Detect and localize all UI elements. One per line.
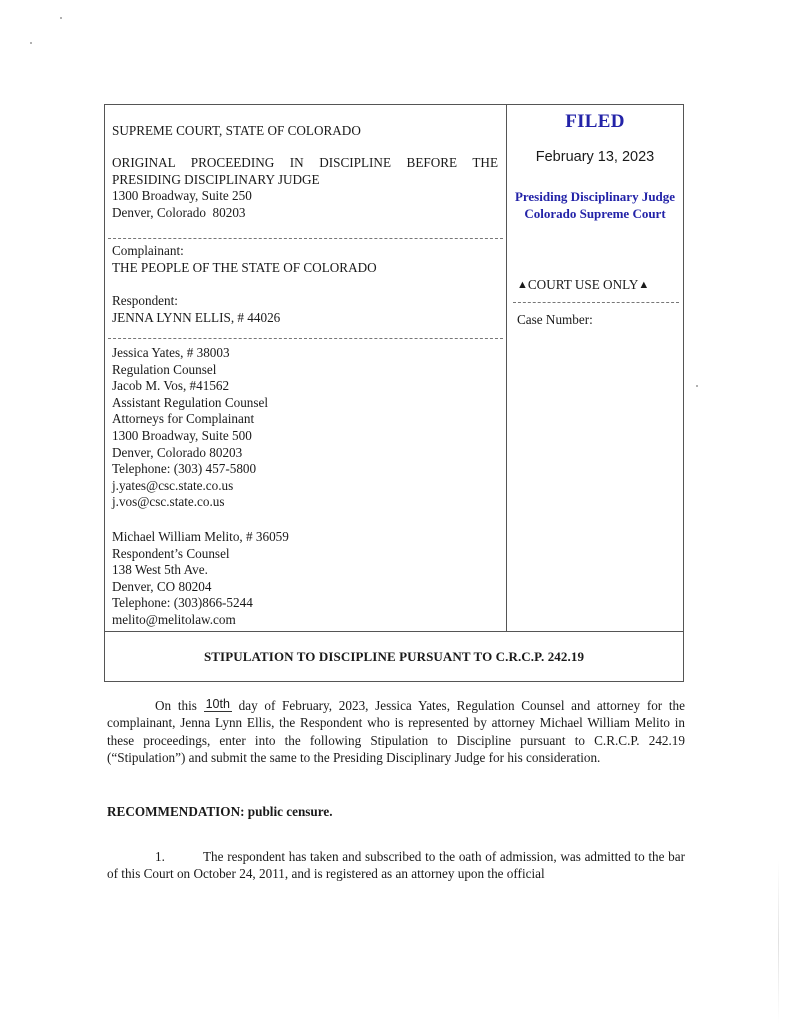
divider — [108, 238, 503, 239]
caption-parties-column: SUPREME COURT, STATE OF COLORADO ORIGINA… — [105, 105, 507, 631]
respondent-name: JENNA LYNN ELLIS, # 44026 — [112, 310, 498, 327]
proceeding-block: ORIGINAL PROCEEDING IN DISCIPLINE BEFORE… — [112, 155, 498, 221]
caption-table: SUPREME COURT, STATE OF COLORADO ORIGINA… — [104, 104, 684, 682]
counsel-line: Regulation Counsel — [112, 362, 498, 379]
respondent-block: Respondent: JENNA LYNN ELLIS, # 44026 — [112, 293, 498, 326]
filed-office-line-1: Presiding Disciplinary Judge — [507, 188, 683, 205]
document-title: STIPULATION TO DISCIPLINE PURSUANT TO C.… — [105, 649, 683, 665]
filed-stamp: FILED — [507, 111, 683, 133]
complainant-counsel-block: Jessica Yates, # 38003 Regulation Counse… — [112, 345, 498, 511]
counsel-line: 1300 Broadway, Suite 500 — [112, 428, 498, 445]
court-name: SUPREME COURT, STATE OF COLORADO — [112, 123, 498, 140]
respondent-label: Respondent: — [112, 293, 498, 310]
counsel-line: 138 West 5th Ave. — [112, 562, 498, 579]
proceeding-line-2: PRESIDING DISCIPLINARY JUDGE — [112, 172, 498, 189]
counsel-line: Denver, Colorado 80203 — [112, 445, 498, 462]
counsel-line: Attorneys for Complainant — [112, 411, 498, 428]
email-line: j.yates@csc.state.co.us — [112, 478, 498, 495]
counsel-line: Assistant Regulation Counsel — [112, 395, 498, 412]
scan-artifact — [696, 385, 698, 387]
complainant-block: Complainant: THE PEOPLE OF THE STATE OF … — [112, 243, 498, 276]
scan-edge-shadow — [778, 860, 779, 1024]
intro-prefix: On this — [155, 698, 197, 713]
recommendation-heading: RECOMMENDATION: public censure. — [107, 804, 333, 820]
counsel-line: Jessica Yates, # 38003 — [112, 345, 498, 362]
case-number-label: Case Number: — [517, 312, 593, 328]
filed-office-line-2: Colorado Supreme Court — [507, 205, 683, 222]
scan-artifact — [30, 42, 32, 44]
scan-artifact — [60, 17, 62, 19]
court-use-text: COURT USE ONLY — [528, 277, 638, 292]
counsel-line: Telephone: (303) 457-5800 — [112, 461, 498, 478]
court-address-line-1: 1300 Broadway, Suite 250 — [112, 188, 498, 205]
counsel-line: Jacob M. Vos, #41562 — [112, 378, 498, 395]
court-use-only-label: ▲COURT USE ONLY▲ — [517, 277, 679, 293]
filed-office: Presiding Disciplinary Judge Colorado Su… — [507, 188, 683, 222]
respondent-counsel-block: Michael William Melito, # 36059 Responde… — [112, 529, 498, 629]
triangle-up-icon: ▲ — [517, 279, 528, 291]
court-address-line-2: Denver, Colorado 80203 — [112, 205, 498, 222]
filed-date: February 13, 2023 — [507, 149, 683, 165]
title-row: STIPULATION TO DISCIPLINE PURSUANT TO C.… — [105, 631, 683, 681]
intro-paragraph: On this 10th day of February, 2023, Jess… — [107, 697, 685, 766]
divider — [108, 338, 503, 339]
email-line: j.vos@csc.state.co.us — [112, 494, 498, 511]
complainant-label: Complainant: — [112, 243, 498, 260]
triangle-up-icon: ▲ — [638, 279, 649, 291]
counsel-line: Telephone: (303)866-5244 — [112, 595, 498, 612]
divider — [513, 302, 679, 303]
complainant-name: THE PEOPLE OF THE STATE OF COLORADO — [112, 260, 498, 277]
court-use-column: FILED February 13, 2023 Presiding Discip… — [507, 105, 683, 631]
email-line: melito@melitolaw.com — [112, 612, 498, 629]
filled-day-field: 10th — [204, 698, 232, 712]
counsel-line: Respondent’s Counsel — [112, 546, 498, 563]
paragraph-number: 1. — [155, 848, 203, 865]
proceeding-line-1: ORIGINAL PROCEEDING IN DISCIPLINE BEFORE… — [112, 155, 498, 172]
paragraph-1: 1.The respondent has taken and subscribe… — [107, 848, 685, 883]
counsel-line: Denver, CO 80204 — [112, 579, 498, 596]
counsel-line: Michael William Melito, # 36059 — [112, 529, 498, 546]
